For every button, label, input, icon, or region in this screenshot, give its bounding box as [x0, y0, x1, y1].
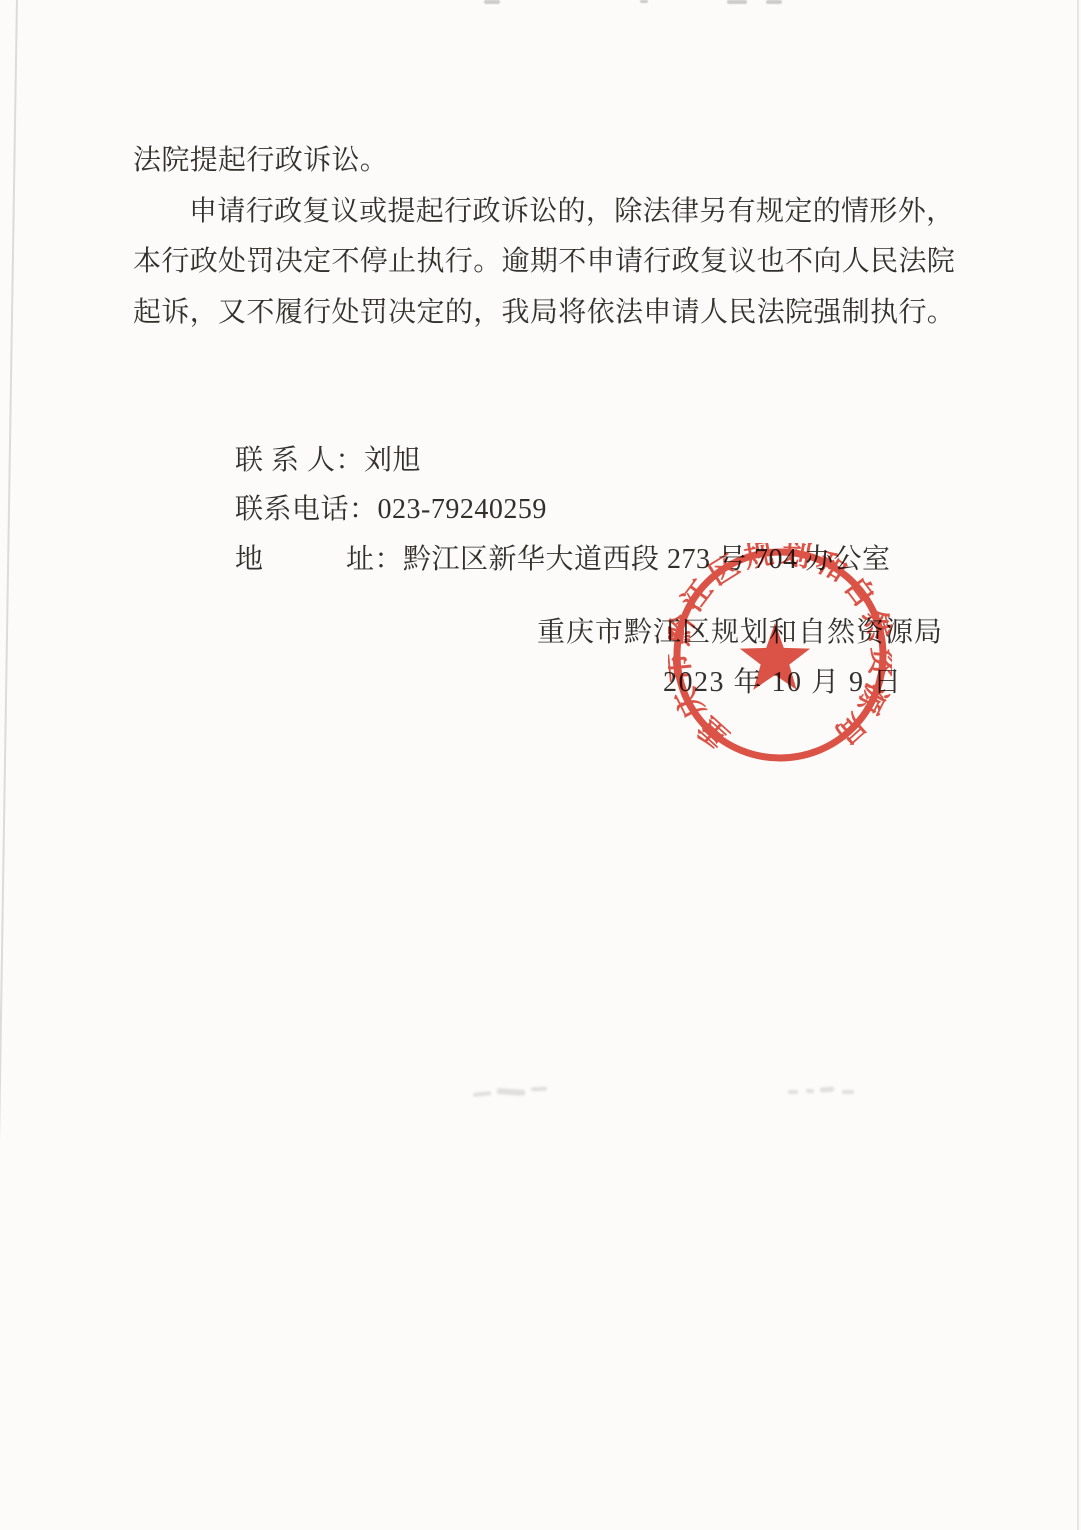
scan-speck [766, 0, 782, 4]
contact-phone-value: 023-79240259 [378, 494, 547, 525]
ghost-smudge [497, 1088, 525, 1096]
contact-block: 联 系 人：刘旭 联系电话：023-79240259 地 址：黔江区新华大道西段… [190, 386, 891, 535]
contact-address-value: 黔江区新华大道西段 273 号 704 办公室 [403, 544, 891, 575]
body-text: 法院提起行政诉讼。 申请行政复议或提起行政诉讼的，除法律另有规定的情形外， 本行… [133, 136, 959, 338]
body-paragraph-line-2: 本行政处罚决定不停止执行。逾期不申请行政复议也不向人民法院 [133, 237, 959, 288]
body-paragraph-line-1: 申请行政复议或提起行政诉讼的，除法律另有规定的情形外， [133, 187, 959, 238]
ghost-smudge [788, 1090, 798, 1094]
scan-speck [640, 0, 648, 3]
document-page: 法院提起行政诉讼。 申请行政复议或提起行政诉讼的，除法律另有规定的情形外， 本行… [0, 0, 1081, 1530]
issuer-signature: 重庆市黔江区规划和自然资源局 [537, 610, 943, 650]
ghost-smudge [531, 1087, 547, 1092]
ghost-smudge [806, 1089, 814, 1094]
body-line-continuation: 法院提起行政诉讼。 [133, 136, 959, 187]
issue-date: 2023 年 10 月 9 日 [663, 660, 903, 700]
ghost-smudge [820, 1086, 834, 1092]
contact-person-line: 联 系 人：刘旭 [190, 386, 891, 436]
ghost-smudge [473, 1091, 491, 1097]
scan-speck [727, 0, 747, 4]
scan-artifact-right-edge [1077, 0, 1079, 1530]
contact-phone-label: 联系电话： [235, 494, 378, 525]
scan-artifact-left-edge [0, 0, 17, 1530]
ghost-smudge [842, 1090, 854, 1094]
contact-address-label: 地 址： [235, 544, 403, 575]
contact-person-value: 刘旭 [364, 445, 421, 476]
scan-speck [484, 0, 500, 4]
contact-person-label: 联 系 人： [235, 445, 364, 476]
body-paragraph-line-3: 起诉，又不履行处罚决定的，我局将依法申请人民法院强制执行。 [133, 288, 959, 339]
